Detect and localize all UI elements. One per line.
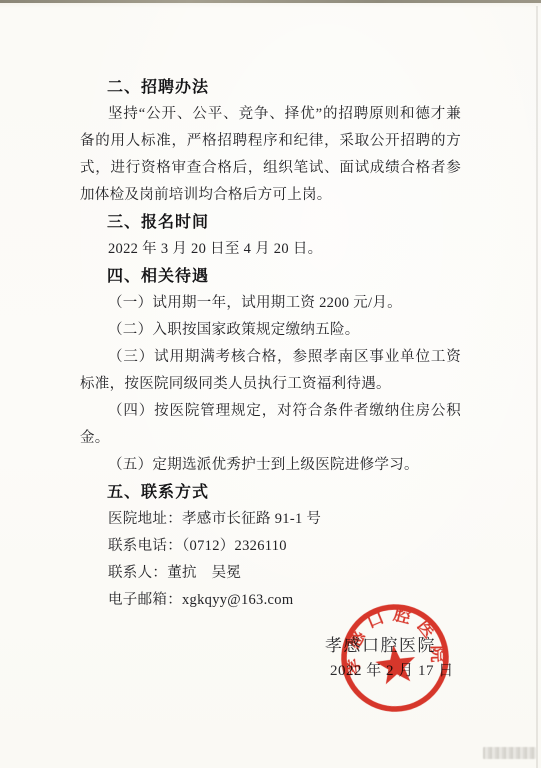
benefit-item-4: （四）按医院管理规定，对符合条件者缴纳住房公积金。 [80, 398, 461, 452]
registration-period: 2022 年 3 月 20 日至 4 月 20 日。 [80, 236, 461, 263]
document-body: 二、招聘办法 坚持“公开、公平、竞争、择优”的招聘原则和德才兼备的用人标准，严格… [80, 74, 461, 614]
benefit-item-5: （五）定期选派优秀护士到上级医院进修学习。 [80, 452, 461, 479]
contact-phone: 联系电话：（0712）2326110 [80, 533, 461, 560]
heading-recruitment-method: 二、招聘办法 [80, 74, 461, 101]
benefit-item-3: （三）试用期满考核合格，参照孝南区事业单位工资标准，按医院同级同类人员执行工资福… [80, 344, 461, 398]
scanned-document-page: 二、招聘办法 坚持“公开、公平、竞争、择优”的招聘原则和德才兼备的用人标准，严格… [0, 0, 541, 768]
hospital-address: 医院地址：孝感市长征路 91-1 号 [80, 506, 461, 533]
scan-edge-right [536, 6, 538, 768]
contact-person: 联系人：董抗 吴冕 [80, 560, 461, 587]
benefit-item-1: （一）试用期一年，试用期工资 2200 元/月。 [80, 290, 461, 317]
scan-edge-top [0, 0, 541, 3]
heading-contact-info: 五、联系方式 [80, 479, 461, 506]
heading-benefits: 四、相关待遇 [80, 263, 461, 290]
seal-star-icon [374, 643, 418, 686]
heading-registration-time: 三、报名时间 [80, 209, 461, 236]
scan-watermark [483, 747, 536, 759]
official-seal: 孝感口腔医院 [329, 592, 461, 724]
benefit-item-2: （二）入职按国家政策规定缴纳五险。 [80, 317, 461, 344]
recruitment-method-paragraph: 坚持“公开、公平、竞争、择优”的招聘原则和德才兼备的用人标准，严格招聘程序和纪律… [80, 101, 461, 209]
